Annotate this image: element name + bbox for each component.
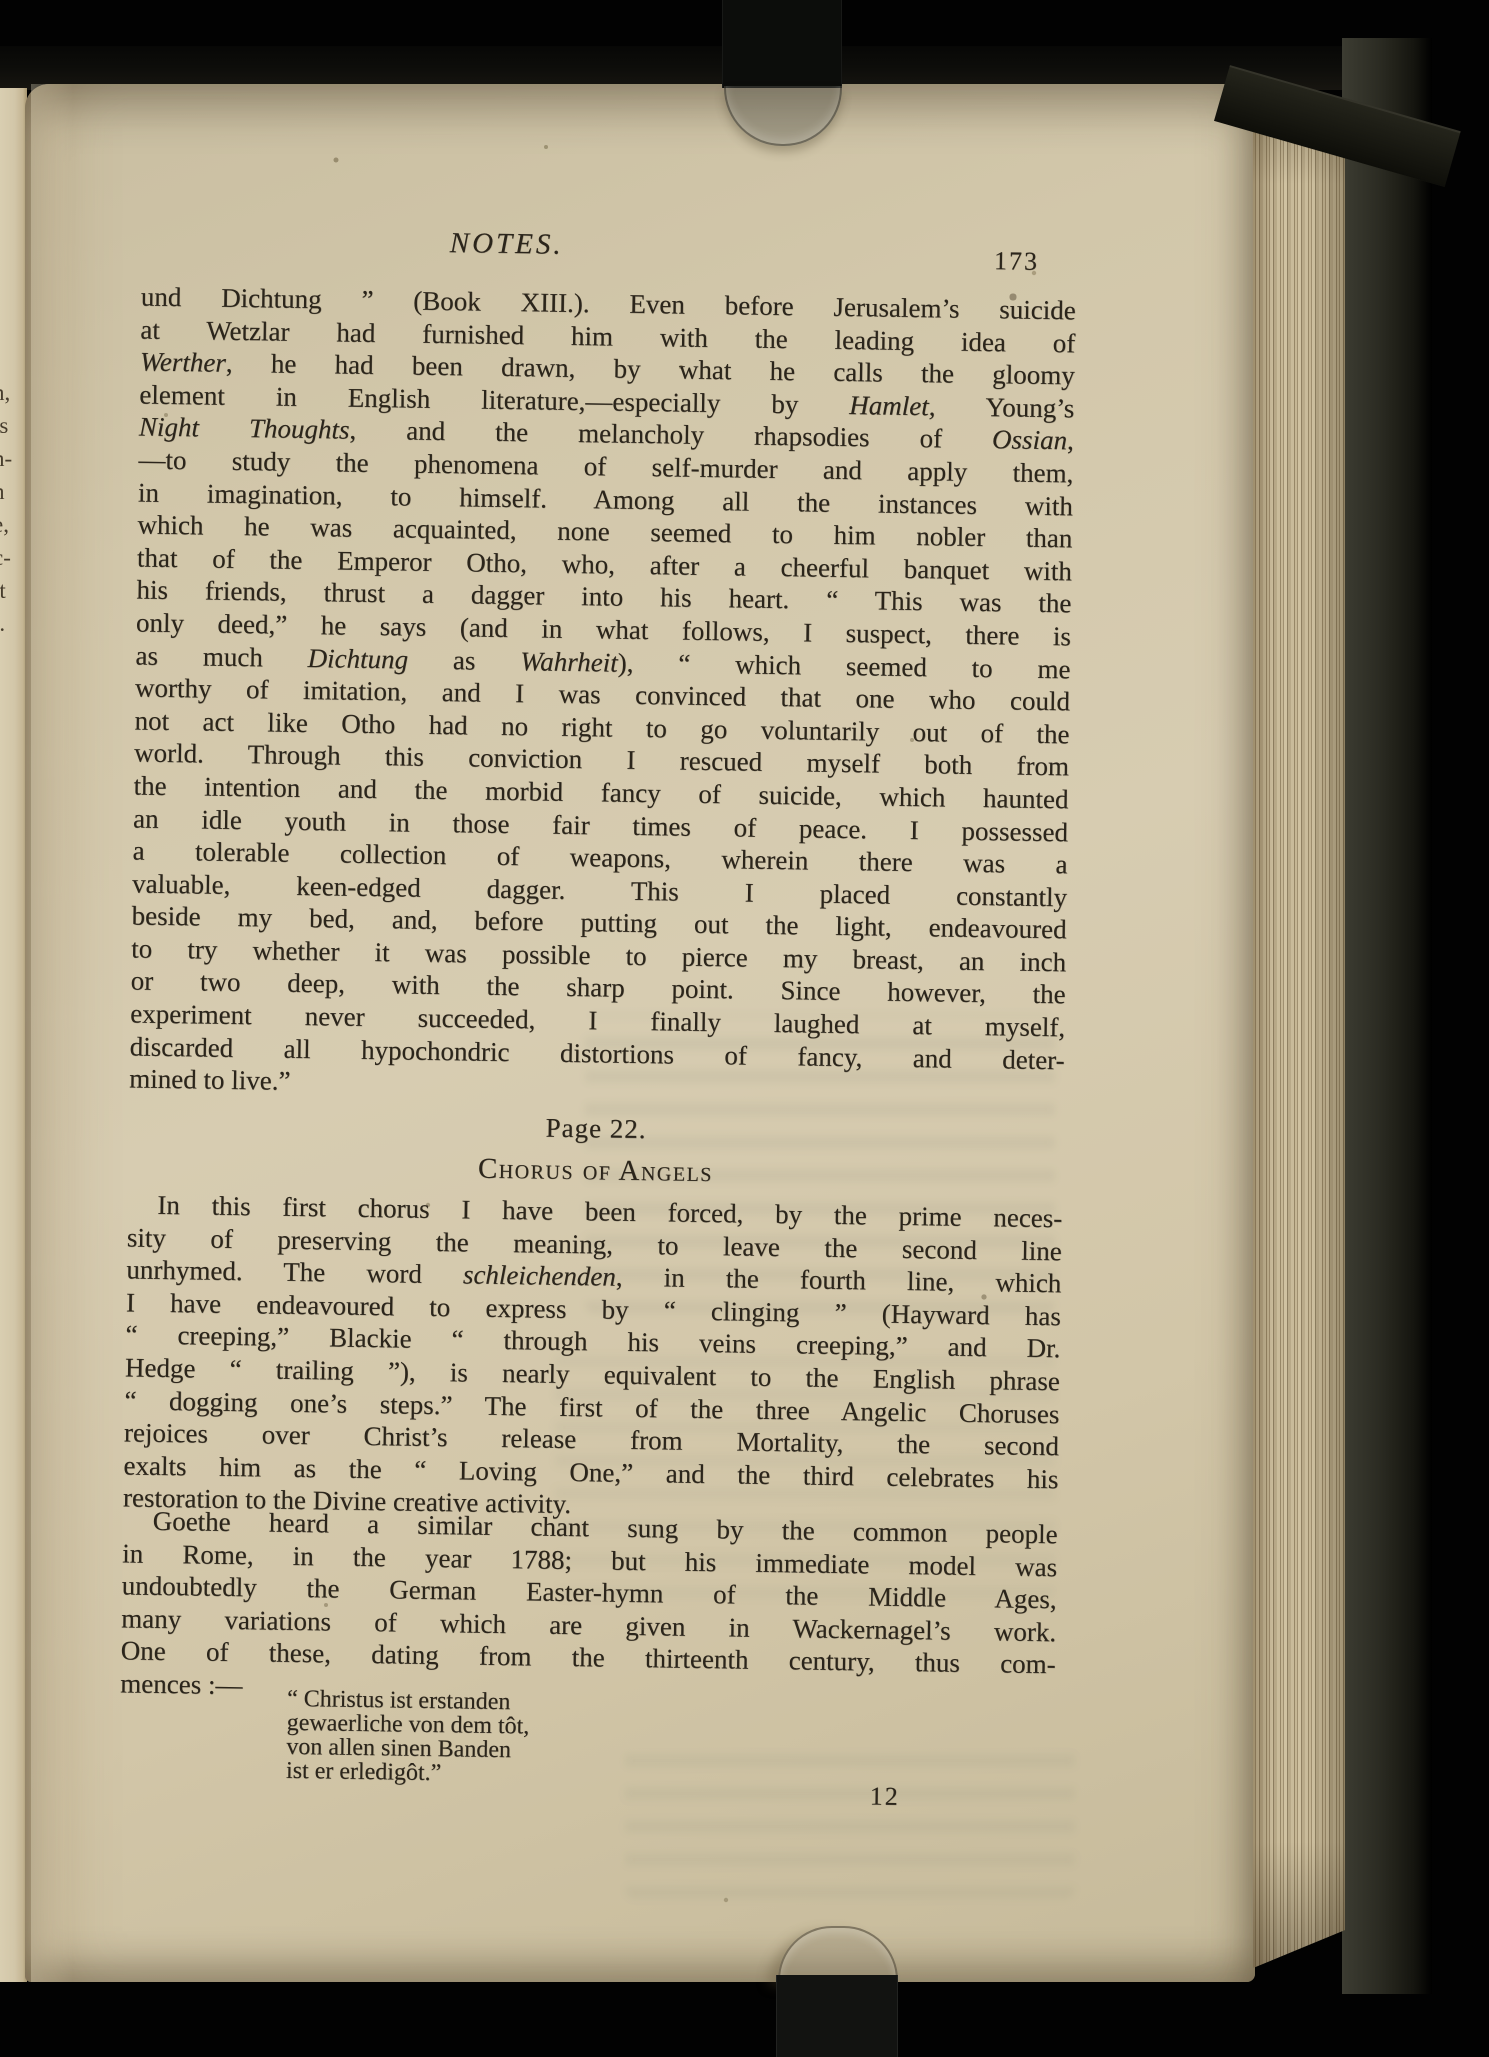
facing-page-text-fragments: n,isn-he,c-itl.It [0,376,26,706]
book-photograph: n,isn-he,c-itl.It NOTES. 173 und Dichtun… [0,0,1489,2057]
section-title: Chorus of Angels [128,1147,1063,1194]
bottom-holder-strap [776,1975,898,2057]
margin-fragment: it [0,574,26,607]
margin-fragment: e, [0,508,26,541]
verse-line: ist er erledigôt.” [286,1759,529,1787]
margin-fragment: n- [0,442,26,475]
printed-page-content: NOTES. 173 und Dichtung ” (Book XIII.). … [11,75,1269,1991]
section-page-reference: Page 22. [128,1106,1063,1151]
note-paragraph-goethe: Goethe heard a similar chant sung by the… [120,1504,1058,1713]
book-page: NOTES. 173 und Dichtung ” (Book XIII.). … [25,84,1255,1982]
note-paragraph-chorus: In this first chorus I have been forced,… [123,1188,1063,1528]
paper-speckles [25,84,27,86]
margin-fragment: t [0,673,26,706]
margin-fragment: n, [0,376,26,409]
margin-fragment: h [0,475,26,508]
signature-mark: 12 [869,1781,899,1811]
margin-fragment: I [0,640,26,673]
margin-fragment: is [0,409,26,442]
hymn-quotation: “ Christus ist erstandengewaerliche von … [286,1687,530,1787]
top-holder-strap [722,0,842,88]
margin-fragment: l. [0,607,26,640]
margin-fragment: c- [0,541,26,574]
page-number: 173 [974,246,1058,277]
note-paragraph-otho: und Dichtung ” (Book XIII.). Even before… [129,281,1076,1110]
book-cover-right-edge [1342,38,1432,1994]
running-head: NOTES. [141,223,871,267]
page-fore-edge-stack [1253,70,1345,1975]
